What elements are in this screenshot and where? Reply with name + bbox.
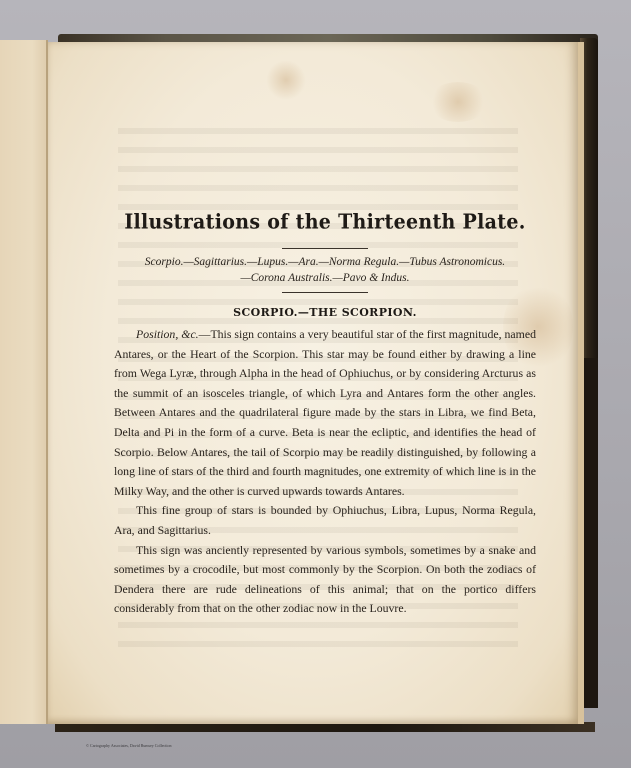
book-page: Illustrations of the Thirteenth Plate. S… xyxy=(48,42,584,724)
section-heading: SCORPIO.—THE SCORPION. xyxy=(114,306,536,319)
foxing-stain xyxy=(266,60,306,100)
page-title: Illustrations of the Thirteenth Plate. xyxy=(114,210,536,234)
copyright-credit: © Cartography Associates, David Rumsey C… xyxy=(86,743,171,748)
paragraph-lead: Position, &c. xyxy=(136,327,199,341)
paragraph-position: Position, &c.—This sign contains a very … xyxy=(114,325,536,501)
foxing-stain xyxy=(428,82,488,122)
paragraph-text: —This sign contains a very beautiful sta… xyxy=(114,327,536,498)
constellation-list-line-1: Scorpio.—Sagittarius.—Lupus.—Ara.—Norma … xyxy=(114,254,536,270)
constellation-list: Scorpio.—Sagittarius.—Lupus.—Ara.—Norma … xyxy=(114,254,536,286)
left-facing-page xyxy=(0,40,48,724)
paragraph-history: This sign was anciently represented by v… xyxy=(114,541,536,619)
page-content: Illustrations of the Thirteenth Plate. S… xyxy=(114,211,536,619)
divider xyxy=(282,248,368,249)
paragraph-boundaries: This fine group of stars is bounded by O… xyxy=(114,501,536,540)
divider xyxy=(282,292,368,293)
constellation-list-line-2: —Corona Australis.—Pavo & Indus. xyxy=(114,270,536,286)
